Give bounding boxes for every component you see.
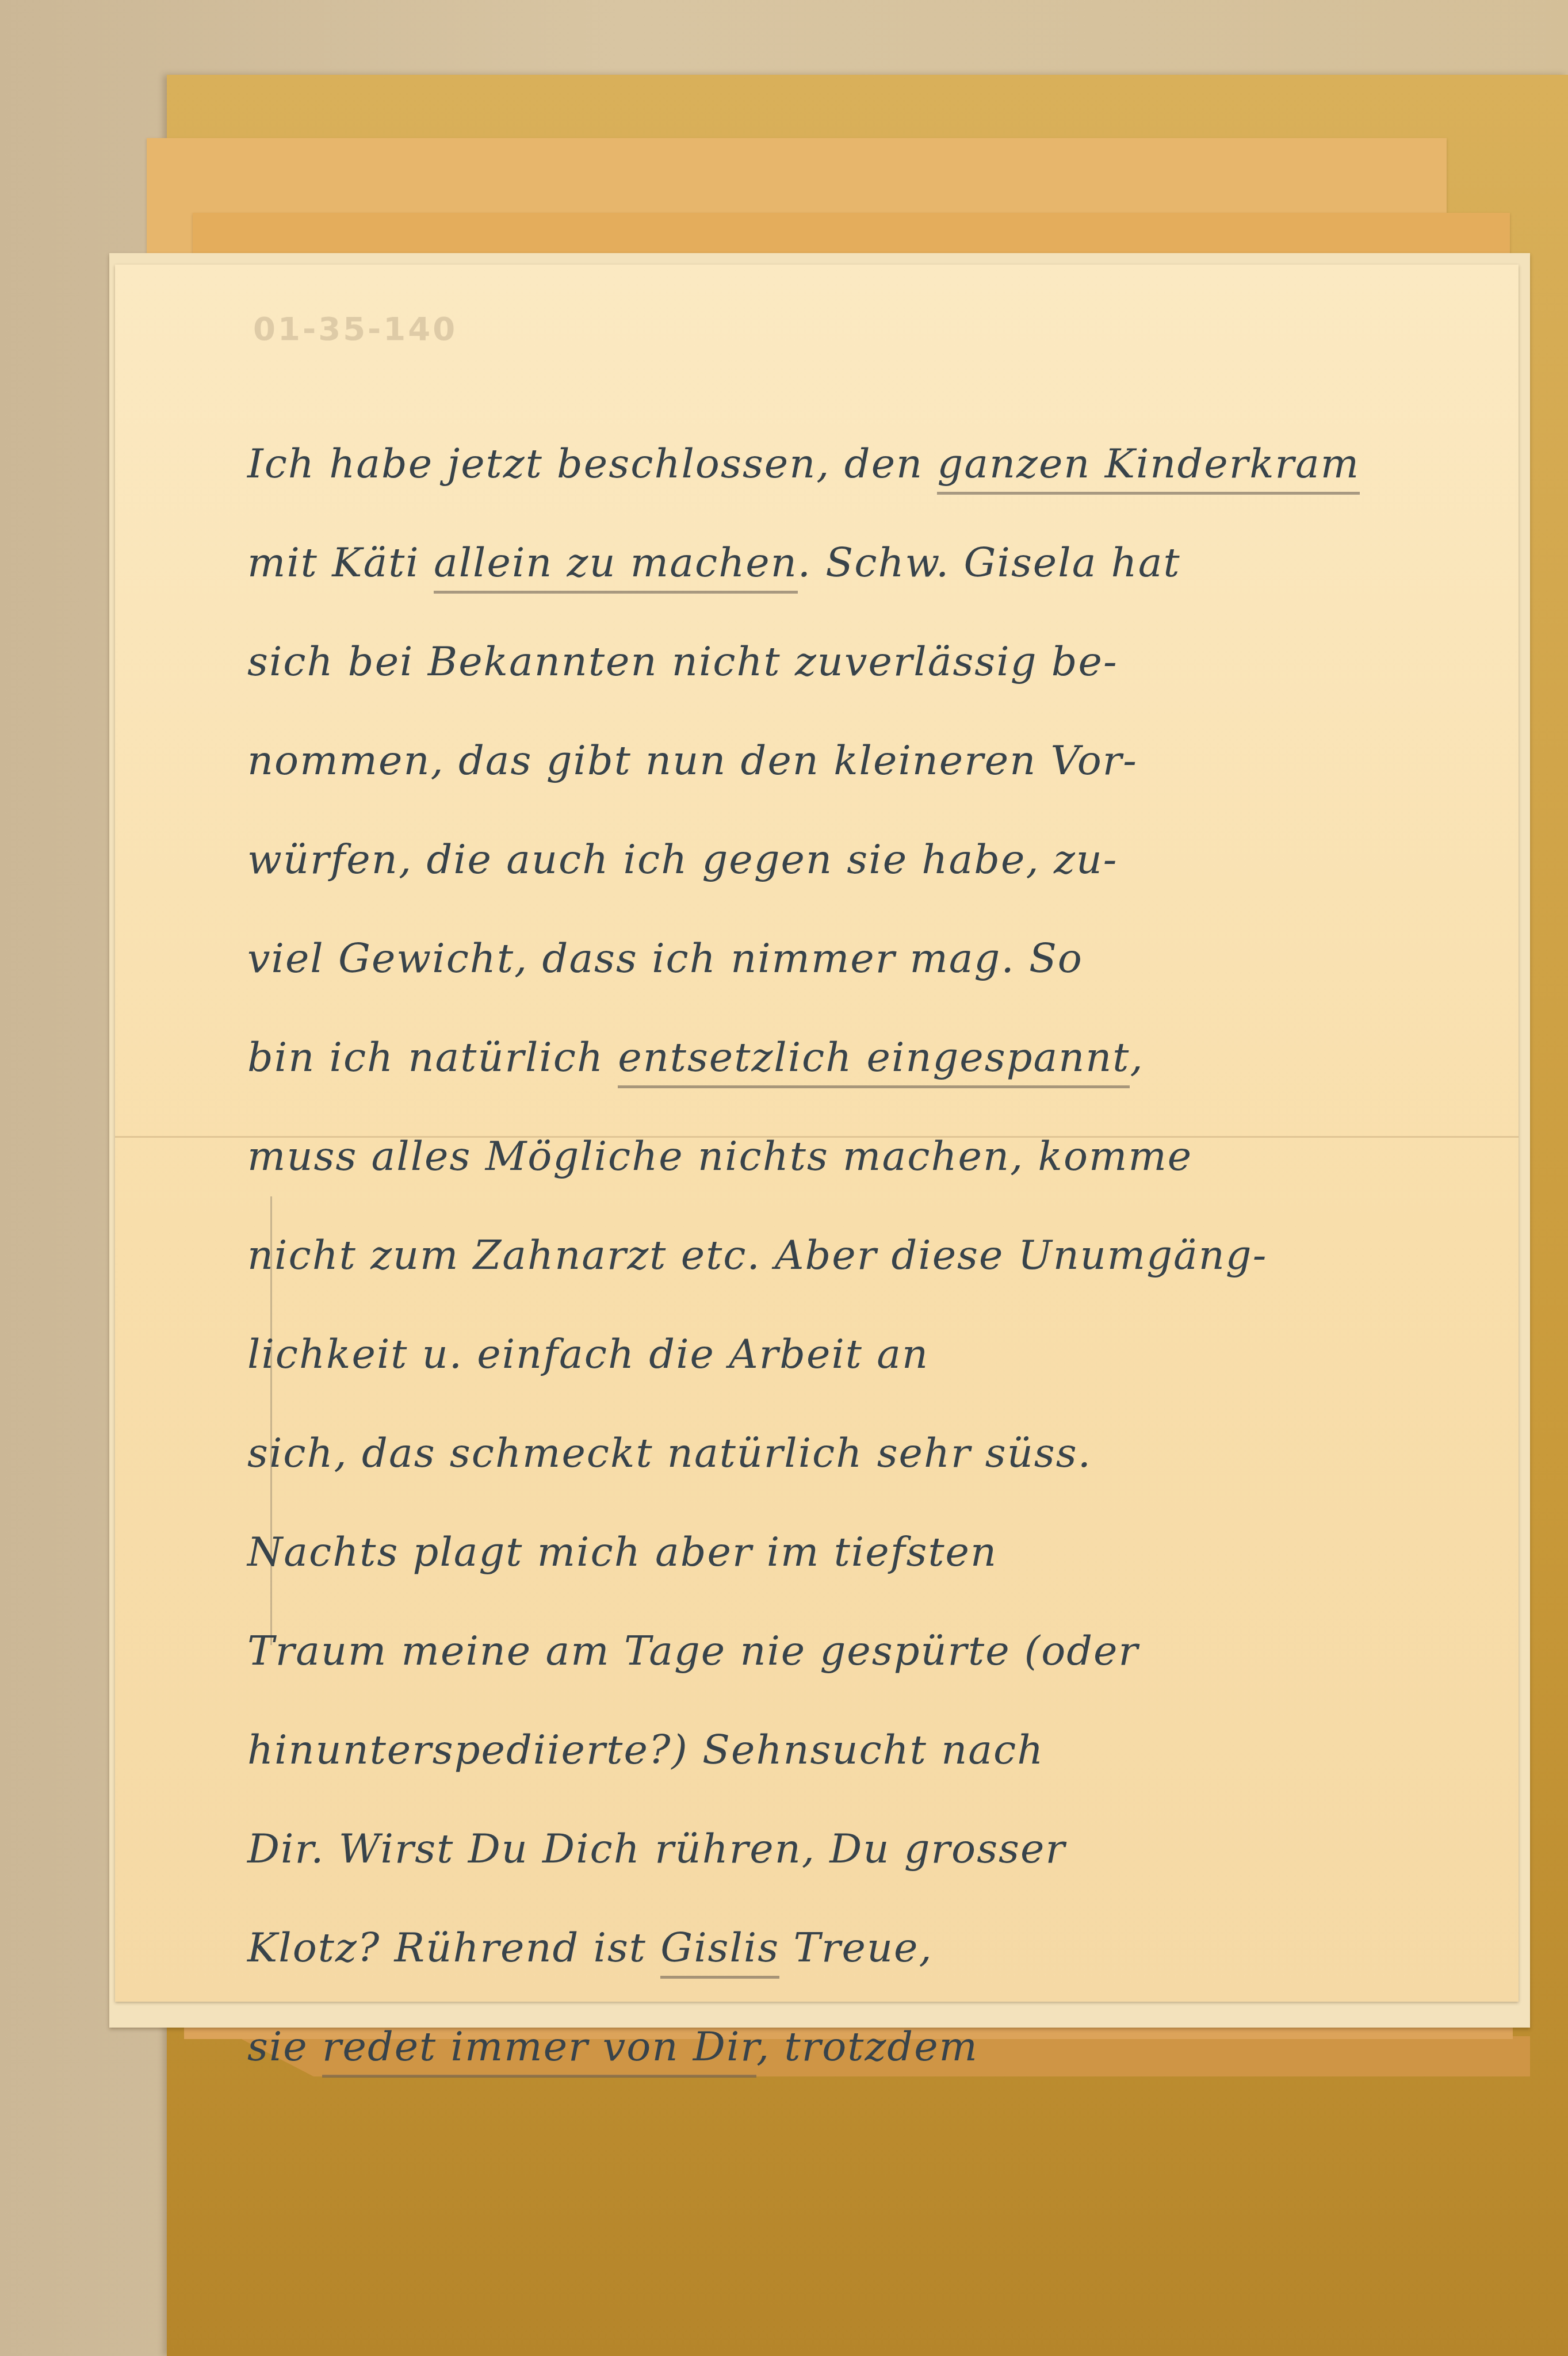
- letter-line: hinunterspediierte?) Sehnsucht nach: [247, 1700, 1501, 1799]
- letter-line: mit Käti allein zu machen. Schw. Gisela …: [247, 513, 1501, 612]
- letter-line-text: Dir. Wirst Du Dich rühren, Du grosser: [247, 1825, 1066, 1872]
- letter-line-text: nommen, das gibt nun den kleineren Vor-: [247, 737, 1138, 784]
- letter-line-text: sich bei Bekannten nicht zuverlässig be-: [247, 638, 1118, 685]
- letter-line: Klotz? Rührend ist Gislis Treue,: [247, 1898, 1501, 1997]
- letter-line: viel Gewicht, dass ich nimmer mag. So: [247, 909, 1501, 1008]
- letter-line: Dir. Wirst Du Dich rühren, Du grosser: [247, 1799, 1501, 1898]
- letter-line: lichkeit u. einfach die Arbeit an: [247, 1305, 1501, 1403]
- letter-line-text: Traum meine am Tage nie gespürte (oder: [247, 1627, 1139, 1674]
- letter-line-text: lichkeit u. einfach die Arbeit an: [247, 1330, 929, 1378]
- letter-body: Ich habe jetzt beschlossen, den ganzen K…: [247, 414, 1501, 2096]
- letter-line-text: hinunterspediierte?) Sehnsucht nach: [247, 1726, 1044, 1773]
- letter-line-text: Ich habe jetzt beschlossen, den ganzen K…: [247, 440, 1360, 487]
- letter-line: würfen, die auch ich gegen sie habe, zu-: [247, 810, 1501, 909]
- letter-line-text: Nachts plagt mich aber im tiefsten: [247, 1528, 997, 1575]
- letter-line-text: sie redet immer von Dir, trotzdem: [247, 2023, 978, 2070]
- letter-line: nommen, das gibt nun den kleineren Vor-: [247, 711, 1501, 810]
- letter-line: bin ich natürlich entsetzlich eingespann…: [247, 1008, 1501, 1107]
- letter-line: sich bei Bekannten nicht zuverlässig be-: [247, 612, 1501, 711]
- letter-line-text: mit Käti allein zu machen. Schw. Gisela …: [247, 539, 1181, 586]
- letter-line-text: viel Gewicht, dass ich nimmer mag. So: [247, 935, 1083, 982]
- letter-line: muss alles Mögliche nichts machen, komme: [247, 1107, 1501, 1206]
- letter-line-text: sich, das schmeckt natürlich sehr süss.: [247, 1429, 1092, 1477]
- archive-stamp: 01-35-140: [253, 311, 457, 348]
- letter-line: Ich habe jetzt beschlossen, den ganzen K…: [247, 414, 1501, 513]
- letter-line: Traum meine am Tage nie gespürte (oder: [247, 1601, 1501, 1700]
- letter-line-text: bin ich natürlich entsetzlich eingespann…: [247, 1034, 1144, 1081]
- letter-line-text: Klotz? Rührend ist Gislis Treue,: [247, 1924, 933, 1971]
- letter-line: Nachts plagt mich aber im tiefsten: [247, 1502, 1501, 1601]
- letter-line: nicht zum Zahnarzt etc. Aber diese Unumg…: [247, 1206, 1501, 1305]
- letter-line: sich, das schmeckt natürlich sehr süss.: [247, 1403, 1501, 1502]
- letter-line-text: würfen, die auch ich gegen sie habe, zu-: [247, 836, 1118, 883]
- letter-line: sie redet immer von Dir, trotzdem: [247, 1997, 1501, 2096]
- letter-line-text: muss alles Mögliche nichts machen, komme: [247, 1133, 1192, 1180]
- letter-line-text: nicht zum Zahnarzt etc. Aber diese Unumg…: [247, 1231, 1267, 1279]
